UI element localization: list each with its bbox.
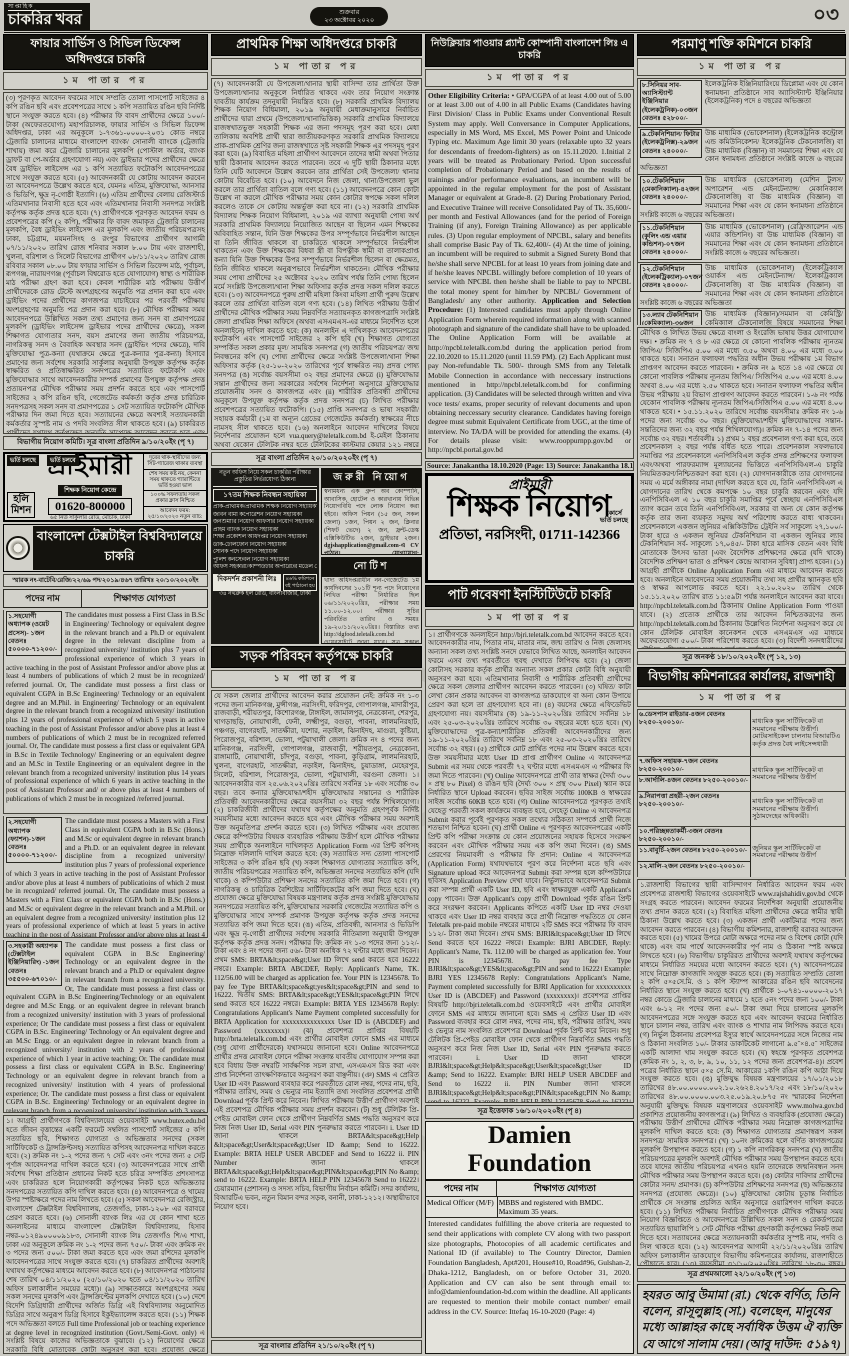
atomic-source: সূত্র জনকণ্ঠ ১৮/১০/২০২০ইং (পৃ ১২, ১৩)	[637, 651, 846, 665]
rajshahi-row-6-qual: মাধ্যমিক স্কুল সার্টিফিকেট বা সমমানের পর…	[751, 710, 845, 756]
atomic-row-9: ৯.টেকনিশিয়ান/ ফিটার (ইলেকট্রনিক্স)-২৯জন…	[637, 128, 846, 175]
rajshahi-row-7-8-qual: মাধ্যমিক স্কুল সার্টিফিকেট বা সমমানের পর…	[751, 757, 845, 791]
atomic-row-8-qual: ইলেকট্রনিক ইঞ্জিনিয়ারিংয়ে ডিপ্লোমা এবং…	[705, 80, 843, 106]
atomic-row-10-post: ১০.টেকনিশিয়ান (মেকানিক্যাল)-৪২জন বেতনঃ …	[640, 176, 702, 205]
atomic-row-12-post: ১২.টেকনিশিয়ান (ইলেকট্রিক্যাল)-০৭জন বেতন…	[640, 264, 702, 293]
continued-label: ১ম পাতার পর	[425, 609, 634, 627]
book-ad-item: প্রাক-প্রাথমিক/প্রাথমিক শিক্ষক নিয়োগ সহ…	[213, 504, 317, 512]
coaching-ad-side-2: ভর্তি চলছে	[600, 517, 628, 525]
rajshahi-row-8-post: ৮.আর্দালি-৪জন বেতনঃ ৮২৫০-২০০১০/-	[638, 776, 750, 791]
damien-row-post: Medical Officer (M/F)	[426, 1197, 498, 1217]
publisher-address: ৩৪ নর্থব্রুক হল রোড, বাংলাবাজার, ঢাকা	[213, 591, 317, 599]
primary-ad-strip: শিক্ষক নিয়োগ কেন্দ্রে	[58, 485, 122, 496]
textile-row-3: ৩.সহকারী অধ্যাপক (টেক্সটাইল ইঞ্জিনিয়ারি…	[3, 940, 208, 1113]
damien-row-medical-officer: Medical Officer (M/F) MBBS and registere…	[426, 1197, 633, 1218]
atomic-row-13: ১৩.ল্যাব টেকনিশিয়ান (কেমিক্যাল)-৩৬জন বে…	[637, 309, 846, 325]
university-logo-icon	[6, 536, 30, 560]
textile-university-header: বাংলাদেশ টেক্সটাইল বিশ্ববিদ্যালয়ে চাকরি	[3, 524, 208, 572]
column-header-post: পদের নাম	[4, 590, 82, 607]
atomic-row-8: ৮.সিনিয়র সাব-অ্যাসিস্ট্যান্ট ইঞ্জিনিয়া…	[637, 78, 846, 128]
continued-label: ১ম পাতার পর	[211, 58, 422, 76]
primary-coaching-ad: ভর্তি চলছে ভর্তি চলবে হলি মিশন প্রাইমারী…	[3, 452, 208, 522]
urgent-hiring-ad: জরুরী নিয়োগ স্বনামধন্য এক গ্রুপ অব কোম্…	[321, 468, 422, 555]
book-ad-top-line: নতুন অফিস নিয়ে সকল চাকরির পরীক্ষার প্রস…	[213, 470, 317, 487]
section-title-fire-service: ফায়ার সার্ভিস ও সিভিল ডিফেন্স অধিদপ্তরে…	[3, 34, 208, 70]
book-ad-item: শিক্ষা প্রকৌশল অধিদপ্তর নিয়োগ সহায়িকা	[213, 534, 317, 542]
section-title-npcbl: নিউক্লিয়ার পাওয়ার প্ল্যান্ট কোম্পানী ব…	[425, 34, 634, 67]
notice-body: খাদ্য অধিদপ্তরাধীন নন-গেজেটেড ১ম কার্যদি…	[322, 577, 421, 643]
textile-row-3-post: ৩.সহকারী অধ্যাপক (টেক্সটাইল ইঞ্জিনিয়ারি…	[6, 941, 62, 986]
jute-body: ১। প্রার্থীগণকে অনলাইনে http://bjri.tele…	[425, 629, 634, 1103]
atomic-notes: মৌখিক ও লিখিত উভয় ক্ষেত্রে বাংলা ও ইংরে…	[637, 327, 846, 649]
section-title-rajshahi-commissioner: বিভাগীয় কমিশনারের কার্যালয়, রাজশাহী	[637, 667, 846, 688]
atomic-row-10: ১০.টেকনিশিয়ান (মেকানিক্যাল)-৪২জন বেতনঃ …	[637, 175, 846, 222]
holi-line1: হলি	[11, 494, 31, 505]
rajshahi-row-10-12-qual: জুনিয়র স্কুল সার্টিফিকেট বা সমমানের পরী…	[751, 827, 845, 877]
weekday: শুক্রবার	[324, 9, 374, 17]
rajshahi-row-9-post: ৯.নিরাপত্তা প্রহরী-২জন বেতনঃ ৮২৫০-২০০১০/…	[638, 792, 750, 826]
primary-ad-right-list: দূরের থাক-স্থায়ীদের জন্য সিট-গ্যারেজ থা…	[143, 454, 206, 520]
ad-chip-2: ভর্তি চলবে	[47, 455, 79, 466]
book-ad-item: জনশুমারি নিয়োগ অফিসার নিয়োগ সহায়িকা	[213, 519, 317, 527]
column-1: ফায়ার সার্ভিস ও সিভিল ডিফেন্স অধিদপ্তরে…	[3, 34, 208, 1354]
rajshahi-body: ১.রাজশাহী বিভাগের স্থায়ী বাসিন্দাগণ নির…	[637, 879, 846, 1266]
primary-ad-address: ৬৫ নিউ সার্কুলার রোড, মৌচাক, ঢাকা	[37, 515, 143, 520]
page-number: ০৩	[813, 0, 845, 33]
primary-ad-phone: 01620-800000	[48, 498, 132, 515]
atomic-row-11: ১১.টেকনিশিয়ান (কুলিং এন্ড এয়ার কন্ডিশন…	[637, 222, 846, 263]
coaching-ad-side-note: কোর্সে ভর্তি চলছে	[600, 510, 628, 526]
atomic-row-11-post: ১১.টেকনিশিয়ান (কুলিং এন্ড এয়ার কন্ডিশন…	[640, 223, 702, 260]
notice-ad: নোটিশ খাদ্য অধিদপ্তরাধীন নন-গেজেটেড ১ম ক…	[321, 557, 422, 644]
rajshahi-row-9-qual: মাধ্যমিক স্কুল সার্টিফিকেট বা সমমানের পর…	[751, 792, 845, 826]
publisher-name: দিকদর্শন প্রকাশনী লিঃ	[213, 574, 281, 592]
section-title-textile: বাংলাদেশ টেক্সটাইল বিশ্ববিদ্যালয়ে চাকরি	[33, 526, 206, 570]
primary-ad-right-2: শেষ সময় কষ্ট নয়, কেননা সময় থাকতে গ্যা…	[144, 470, 206, 492]
damien-table-header: পদের নাম শিক্ষাগত যোগ্যতা	[426, 1181, 633, 1197]
rajshahi-row-6-post: ৬.ডেসপাস রাইডার-৪জন বেতনঃ ৮২৫০-২০০১০/-	[638, 710, 750, 756]
rajshahi-row-12-post: ১২.মালি-২জন বেতনঃ ৮২৫০-২০০১০/-	[638, 862, 750, 877]
column-3: নিউক্লিয়ার পাওয়ার প্ল্যান্ট কোম্পানী ব…	[425, 34, 634, 1354]
damien-col-post: পদের নাম	[426, 1181, 497, 1196]
urgent-hiring-title: জরুরী নিয়োগ	[322, 469, 421, 488]
rajshahi-row-9: ৯.নিরাপত্তা প্রহরী-২জন বেতনঃ ৮২৫০-২০০১০/…	[637, 792, 846, 827]
right-ad-stack: জরুরী নিয়োগ স্বনামধন্য এক গ্রুপ অব কোম্…	[321, 468, 422, 644]
continued-label: ১ম পাতার পর	[3, 72, 208, 90]
textile-row-2-post: ২.সহযোগী অধ্যাপক (ফ্যাশন)-১জন বেতনঃ ৫০০০…	[6, 817, 62, 862]
rajshahi-source: সূত্র প্রথমআলো ২২/১০/২০ইং (পৃ ১৩)	[637, 1268, 846, 1282]
column-2: প্রাথমিক শিক্ষা অধিদপ্তরে চাকরি ১ম পাতার…	[211, 34, 422, 1354]
book-ad-publisher-row: দিকদর্শন প্রকাশনী লিঃ ৪৬% কমিশনে বই পাঠা…	[213, 574, 317, 592]
issue-date: ২৩ অক্টোবর ২০২০	[324, 17, 374, 25]
rajshahi-row-10-12: ১০.পরিচ্ছন্নতাকর্মী-৩জন বেতনঃ ৮২৫০-২০০১০…	[637, 827, 846, 877]
section-title-jute-institute: পাট গবেষণা ইনস্টিটিউটে চাকরি	[425, 585, 634, 607]
continued-label: ১ম পাতার পর	[637, 58, 846, 76]
rajshahi-row-10-post: ১০.পরিচ্ছন্নতাকর্মী-৩জন বেতনঃ ৮২৫০-২০০১০…	[638, 827, 750, 846]
book-ad-item: পুলিশ কনস্টেবল নিয়োগ সহায়িকা	[213, 557, 317, 565]
masthead-tag: সাপ্তাহিক	[8, 4, 82, 11]
newspaper-logo: সাপ্তাহিক চাকরির খবর	[4, 3, 90, 30]
primary-ad-right-4: আবেদন ফরম: ২৫/১০/২০২০ নতুন ব্যাচ: ২৮/১১/…	[144, 507, 206, 523]
date-badge: শুক্রবার ২৩ অক্টোবর ২০২০	[310, 7, 388, 27]
urgent-hiring-body: স্বনামধন্য এক গ্রুপ অব কোম্পানি, আবাসিক,…	[322, 488, 421, 554]
commission-badge: ৪৬% কমিশনে বই পাঠানো হয়	[283, 574, 317, 592]
textile-table-header: পদের নাম শিক্ষাগত যোগ্যতা	[3, 589, 208, 608]
primary-ad-right-3: ১০০% সফলতায় সকল প্রকার ক্লাস নিশ্চিত	[144, 491, 206, 506]
section-title-brta: সড়ক পরিবহন কর্তৃপক্ষে চাকরি	[211, 646, 422, 668]
teacher-coaching-ad: প্রাইমারী শিক্ষক নিয়োগ কোর্সে ভর্তি চলছ…	[425, 473, 634, 583]
npcbl-terms-text: 1.Initial 2 years will be treated as Pro…	[428, 147, 631, 305]
damien-title: Damien Foundation	[426, 1122, 633, 1182]
hadith-quote: হযরত আবু উমামা (রা.) থেকে বর্ণিত, তিনি ব…	[637, 1284, 846, 1354]
continued-label: ১ম পাতার পর	[211, 670, 422, 688]
npcbl-body: Other Eligibility Criteria: • GPA/CGPA o…	[425, 89, 634, 459]
rajshahi-posts-table: ৬.ডেসপাস রাইডার-৪জন বেতনঃ ৮২৫০-২০০১০/- ম…	[637, 709, 846, 877]
book-ad-item: অফিস সহকারী/কম্পিউটার অপারেটর মডেল টেস্ট	[213, 564, 317, 572]
coaching-ad-small-title: প্রাইমারী	[428, 478, 631, 491]
atomic-row-12: ১২.টেকনিশিয়ান (ইলেকট্রিক্যাল)-০৭জন বেতন…	[637, 263, 846, 310]
masthead-bar: সাপ্তাহিক চাকরির খবর শুক্রবার ২৩ অক্টোবর…	[4, 3, 845, 33]
book-ad-item: সৈনিক পদে নিয়োগ সহায়িকা	[213, 549, 317, 557]
fire-service-source: বিভাগীয় নিয়োগ কমিটি। সূত্র বাংলা প্রতি…	[3, 436, 208, 450]
continued-label: ১ম পাতার পর	[425, 69, 634, 87]
coaching-ad-contact: প্রতিভা, নরসিংদী, 01711-142366	[428, 523, 631, 547]
atomic-row-11-qual: উচ্চ মাধ্যমিক (ভোকেশনাল) (রেফ্রিজারেশন এ…	[705, 223, 843, 257]
continued-label: ১ম পাতার পর	[637, 689, 846, 707]
textile-memo-line: স্মারক নং-বাটেবি/রেজি/২২/৬৯ পদ/২০১৯/৪৬৭ …	[3, 574, 208, 587]
textile-notes: ১। আগ্রহী প্রার্থীগণকে বিশ্ববিদ্যালয়ের …	[3, 1115, 208, 1354]
textile-row-1: ১.সহযোগী অধ্যাপক (ওয়েট প্রসেস)- ১জন বেত…	[3, 610, 208, 814]
atomic-row-8-post: ৮.সিনিয়র সাব-অ্যাসিস্ট্যান্ট ইঞ্জিনিয়া…	[640, 80, 702, 125]
brta-source: সূত্র বাংলার প্রতিদিন ২১/১০/২০ইং (পৃ ৭)	[211, 1340, 422, 1354]
textile-row-1-post: ১.সহযোগী অধ্যাপক (ওয়েট প্রসেস)- ১জন বেত…	[6, 611, 62, 656]
notice-title: নোটিশ	[322, 558, 421, 577]
book-publisher-ad: নতুন অফিস নিয়ে সকল চাকরির পরীক্ষার প্রস…	[211, 468, 319, 644]
column-grid: ফায়ার সার্ভিস ও সিভিল ডিফেন্স অধিদপ্তরে…	[3, 34, 846, 1354]
rajshahi-row-6: ৬.ডেসপাস রাইডার-৪জন বেতনঃ ৮২৫০-২০০১০/- ম…	[637, 709, 846, 757]
textile-row-2: ২.সহযোগী অধ্যাপক (ফ্যাশন)-১জন বেতনঃ ৫০০০…	[3, 816, 208, 938]
newspaper-title: চাকরির খবর	[8, 12, 82, 28]
column-header-qualification: শিক্ষাগত যোগ্যতা	[82, 590, 207, 607]
damien-row-qual: MBBS and registered with BMDC. Maximum 3…	[498, 1197, 633, 1217]
newspaper-page: সাপ্তাহিক চাকরির খবর শুক্রবার ২৩ অক্টোবর…	[0, 0, 849, 1356]
holi-line2: মিশন	[11, 505, 31, 516]
book-ad-item: প্রাইম ব্যাংক নিয়োগ সহায়িকা	[213, 527, 317, 535]
atomic-posts-table: ৮.সিনিয়র সাব-অ্যাসিস্ট্যান্ট ইঞ্জিনিয়া…	[637, 78, 846, 325]
rajshahi-row-7-post: ৭.অফিস সহায়ক-৭জন বেতনঃ ৮২৫০-২০০১০/-	[638, 757, 750, 776]
rajshahi-row-7-8: ৭.অফিস সহায়ক-৭জন বেতনঃ ৮২৫০-২০০১০/- ৮.আ…	[637, 757, 846, 792]
npcbl-source: Source: Janakantha 18.10.2020 (Page: 13)…	[425, 461, 634, 471]
holi-mission-box: হলি মিশন	[7, 492, 35, 518]
fire-service-body: (৩) পূরণকৃত আবেদন ফরমের সাথে সম্প্রতি তো…	[3, 92, 208, 434]
jute-source: সূত্র ইত্তেফাক ১৬/১০/২০২০ইং (পৃ ৪)	[425, 1105, 634, 1119]
rajshahi-row-11-post: ১১.বাবুর্চি-২জন বেতনঃ ৮২৫০-২০০১০/-	[638, 846, 750, 862]
primary-education-body: (৭) আবেদনকারী যে উপজেলা/থানার স্থায়ী বা…	[211, 78, 422, 450]
book-ad-item: ডাক-টেলিফোন নিয়োগ সহায়িকা	[213, 542, 317, 550]
urgent-hiring-email: dgjshapplication@gmail.com-এ	[324, 543, 405, 549]
primary-education-source: সূত্র বাংলা প্রতিদিন ২০/১০/২০২০ইং (পৃ ৭)	[211, 452, 422, 466]
section-title-atomic-energy: পরমাণু শক্তি কমিশনে চাকরি	[637, 34, 846, 56]
small-ads-row: নতুন অফিস নিয়ে সকল চাকরির পরীক্ষার প্রস…	[211, 468, 422, 644]
book-ad-item: জীবন বীমা কর্পোরেশন নিয়োগ সহায়িকা	[213, 512, 317, 520]
section-title-primary-education: প্রাথমিক শিক্ষা অধিদপ্তরে চাকরি	[211, 34, 422, 56]
book-ad-highlight: ১৭তম শিক্ষক নিবন্ধন সহায়িকা	[213, 489, 317, 502]
primary-ad-right-1: দূরের থাক-স্থায়ীদের জন্য সিট-গ্যারেজ থা…	[144, 454, 206, 469]
npcbl-eligibility-label: Other Eligibility Criteria:	[428, 91, 510, 100]
damien-body: Interested candidates fulfilling the abo…	[426, 1218, 633, 1353]
atomic-row-9-post: ৯.টেকনিশিয়ান/ ফিটার (ইলেকট্রনিক্স)-২৯জন…	[640, 129, 702, 158]
npcbl-procedure-text: (1) Interested candidates must apply thr…	[428, 305, 631, 454]
urgent-hiring-text: স্বনামধন্য এক গ্রুপ অব কোম্পানি, আবাসিক,…	[324, 489, 419, 542]
brta-body: যে সকল জেলার প্রার্থীদের আবেদন করার প্রয…	[211, 690, 422, 1338]
ad-chip-1: ভর্তি চলছে	[7, 455, 39, 466]
atomic-row-13-post: ১৩.ল্যাব টেকনিশিয়ান (কেমিক্যাল)-৩৬জন বে…	[640, 310, 702, 325]
column-4: পরমাণু শক্তি কমিশনে চাকরি ১ম পাতার পর ৮.…	[637, 34, 846, 1354]
damien-foundation-ad: Damien Foundation পদের নাম শিক্ষাগত যোগ্…	[425, 1121, 634, 1354]
damien-col-qual: শিক্ষাগত যোগ্যতা	[497, 1181, 633, 1196]
